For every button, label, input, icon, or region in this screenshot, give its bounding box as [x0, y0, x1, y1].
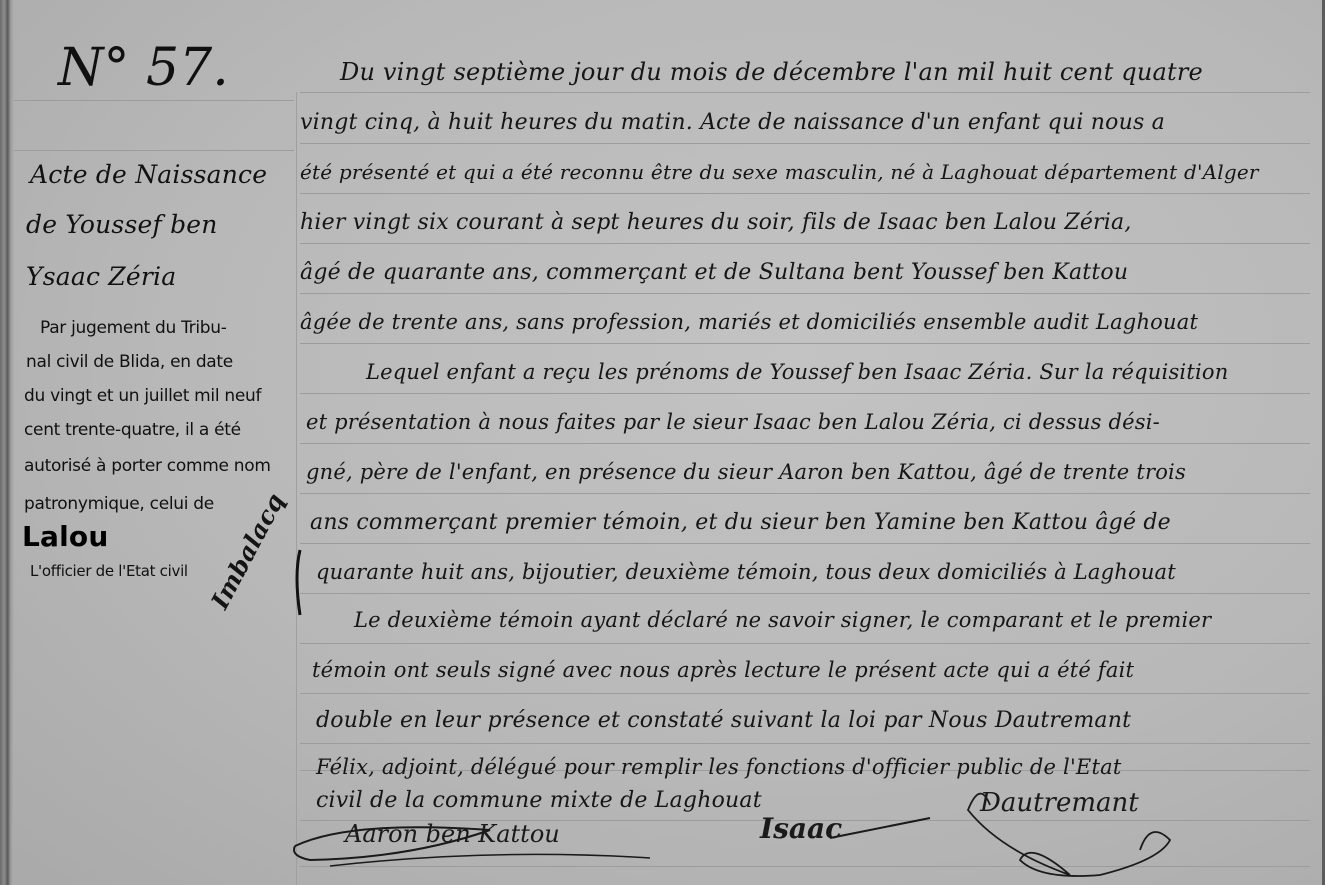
body-line: gné, père de l'enfant, en présence du si…	[306, 460, 1186, 484]
margin-annotation-line: nal civil de Blida, en date	[26, 352, 233, 372]
margin-annotation-line: autorisé à porter comme nom	[24, 456, 271, 476]
margin-rule	[296, 92, 297, 885]
body-line: âgé de quarante ans, commerçant et de Su…	[300, 260, 1128, 285]
body-line: civil de la commune mixte de Laghouat	[316, 788, 762, 813]
body-line: hier vingt six courant à sept heures du …	[300, 210, 1132, 235]
signature-flourish	[290, 545, 310, 625]
ruled-line	[300, 693, 1310, 694]
ruled-line	[300, 743, 1310, 744]
officer-label: L'officier de l'Etat civil	[30, 562, 188, 580]
body-line: ans commerçant premier témoin, et du sie…	[310, 510, 1171, 535]
margin-annotation-line: du vingt et un juillet mil neuf	[24, 386, 261, 406]
signature-father: Isaac	[760, 808, 940, 858]
ruled-line	[300, 143, 1310, 144]
body-line: Le deuxième témoin ayant déclaré ne savo…	[354, 608, 1211, 632]
ruled-line	[300, 343, 1310, 344]
body-line: et présentation à nous faites par le sie…	[306, 410, 1160, 434]
signature-officer: Dautremant	[960, 780, 1240, 880]
body-line: Félix, adjoint, délégué pour remplir les…	[316, 755, 1121, 779]
ruled-line	[300, 643, 1310, 644]
ruled-line	[14, 150, 294, 151]
signature-witness: Aaron ben Kattou	[290, 818, 670, 878]
register-page: N° 57. Acte de Naissance de Youssef ben …	[0, 0, 1325, 885]
margin-title-line: Ysaac Zéria	[26, 262, 176, 291]
margin-annotation-line: patronymique, celui de	[24, 494, 214, 514]
body-line: témoin ont seuls signé avec nous après l…	[312, 658, 1134, 682]
record-number: N° 57.	[58, 38, 229, 98]
signature-name: Dautremant	[980, 788, 1139, 818]
body-line: Lequel enfant a reçu les prénoms de Yous…	[366, 360, 1228, 384]
book-binding	[0, 0, 14, 885]
ruled-line	[300, 193, 1310, 194]
margin-title-line: Acte de Naissance	[30, 160, 267, 189]
margin-title-line: de Youssef ben	[26, 210, 218, 239]
ruled-line	[300, 393, 1310, 394]
signature-name: Aaron ben Kattou	[345, 820, 560, 848]
body-line: Du vingt septième jour du mois de décemb…	[340, 58, 1203, 86]
body-line: été présenté et qui a été reconnu être d…	[300, 160, 1259, 184]
officer-signature: Imbalacq	[205, 488, 290, 613]
new-surname: Lalou	[22, 520, 109, 553]
margin-annotation-line: Par jugement du Tribu-	[40, 318, 227, 338]
body-line: quarante huit ans, bijoutier, deuxième t…	[316, 560, 1176, 584]
signature-name: Isaac	[760, 812, 842, 845]
ruled-line	[300, 443, 1310, 444]
body-line: double en leur présence et constaté suiv…	[316, 708, 1131, 733]
body-line: vingt cinq, à huit heures du matin. Acte…	[300, 110, 1165, 135]
ruled-line	[300, 493, 1310, 494]
margin-annotation-line: cent trente-quatre, il a été	[24, 420, 241, 440]
ruled-line	[300, 92, 1310, 93]
ruled-line	[300, 593, 1310, 594]
body-line: âgée de trente ans, sans profession, mar…	[300, 310, 1198, 334]
ruled-line	[300, 543, 1310, 544]
ruled-line	[300, 293, 1310, 294]
ruled-line	[300, 243, 1310, 244]
ruled-line	[14, 100, 294, 101]
